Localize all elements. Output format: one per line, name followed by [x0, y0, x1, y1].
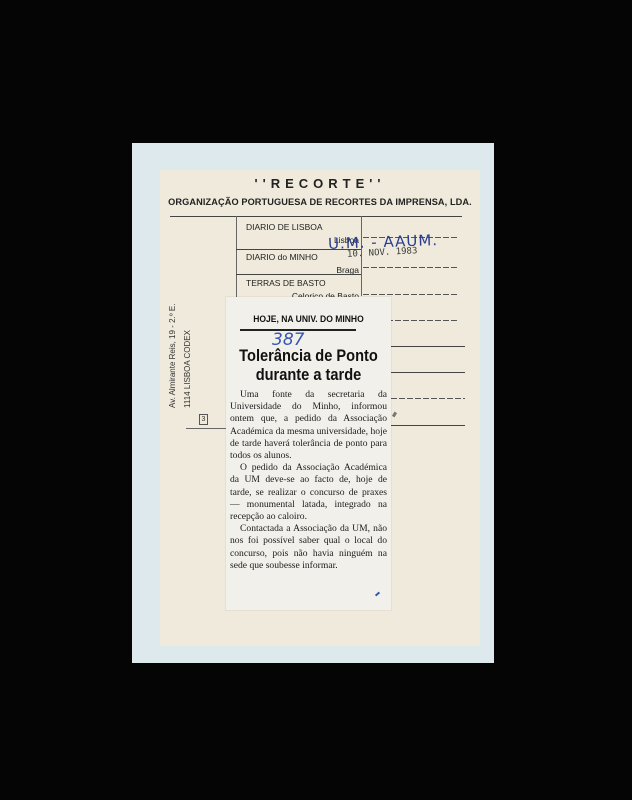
agency-title: ''RECORTE'' [160, 176, 480, 191]
box-underline [186, 428, 226, 429]
pencil-mark [392, 412, 397, 418]
paragraph: Contactada a Associação da UM, não nos f… [230, 523, 387, 572]
form-line [363, 294, 459, 295]
press-clipping-form: ''RECORTE'' ORGANIZAÇÃO PORTUGUESA DE RE… [160, 170, 480, 646]
form-line [383, 372, 465, 373]
source-name: DIARIO DE LISBOA [246, 222, 323, 232]
form-line [383, 425, 465, 426]
row-divider [236, 274, 361, 275]
newspaper-clipping: HOJE, NA UNIV. DO MINHO 387 Tolerância d… [226, 297, 391, 610]
source-name: DIARIO do MINHO [246, 252, 318, 262]
clipping-body: Uma fonte da secretaria da Universidade … [230, 389, 387, 572]
clipping-kicker: HOJE, NA UNIV. DO MINHO [234, 314, 383, 325]
address-city: 1114 LISBOA CODEX [180, 268, 195, 408]
page-number-box: 3 [199, 414, 208, 425]
clipping-headline: Tolerância de Ponto durante a tarde [238, 346, 380, 384]
form-line [363, 267, 459, 268]
pen-mark [375, 592, 380, 597]
form-line [383, 398, 465, 399]
paragraph: Uma fonte da secretaria da Universidade … [230, 389, 387, 462]
address-street: Av. Almirante Reis, 19 - 2.º E. [165, 268, 180, 408]
source-name: TERRAS DE BASTO [246, 278, 326, 288]
header-divider [170, 216, 462, 217]
agency-address: Av. Almirante Reis, 19 - 2.º E. 1114 LIS… [165, 268, 205, 408]
form-line [383, 346, 465, 347]
paragraph: O pedido da Associação Académica da UM d… [230, 462, 387, 523]
agency-subtitle: ORGANIZAÇÃO PORTUGUESA DE RECORTES DA IM… [160, 197, 480, 207]
